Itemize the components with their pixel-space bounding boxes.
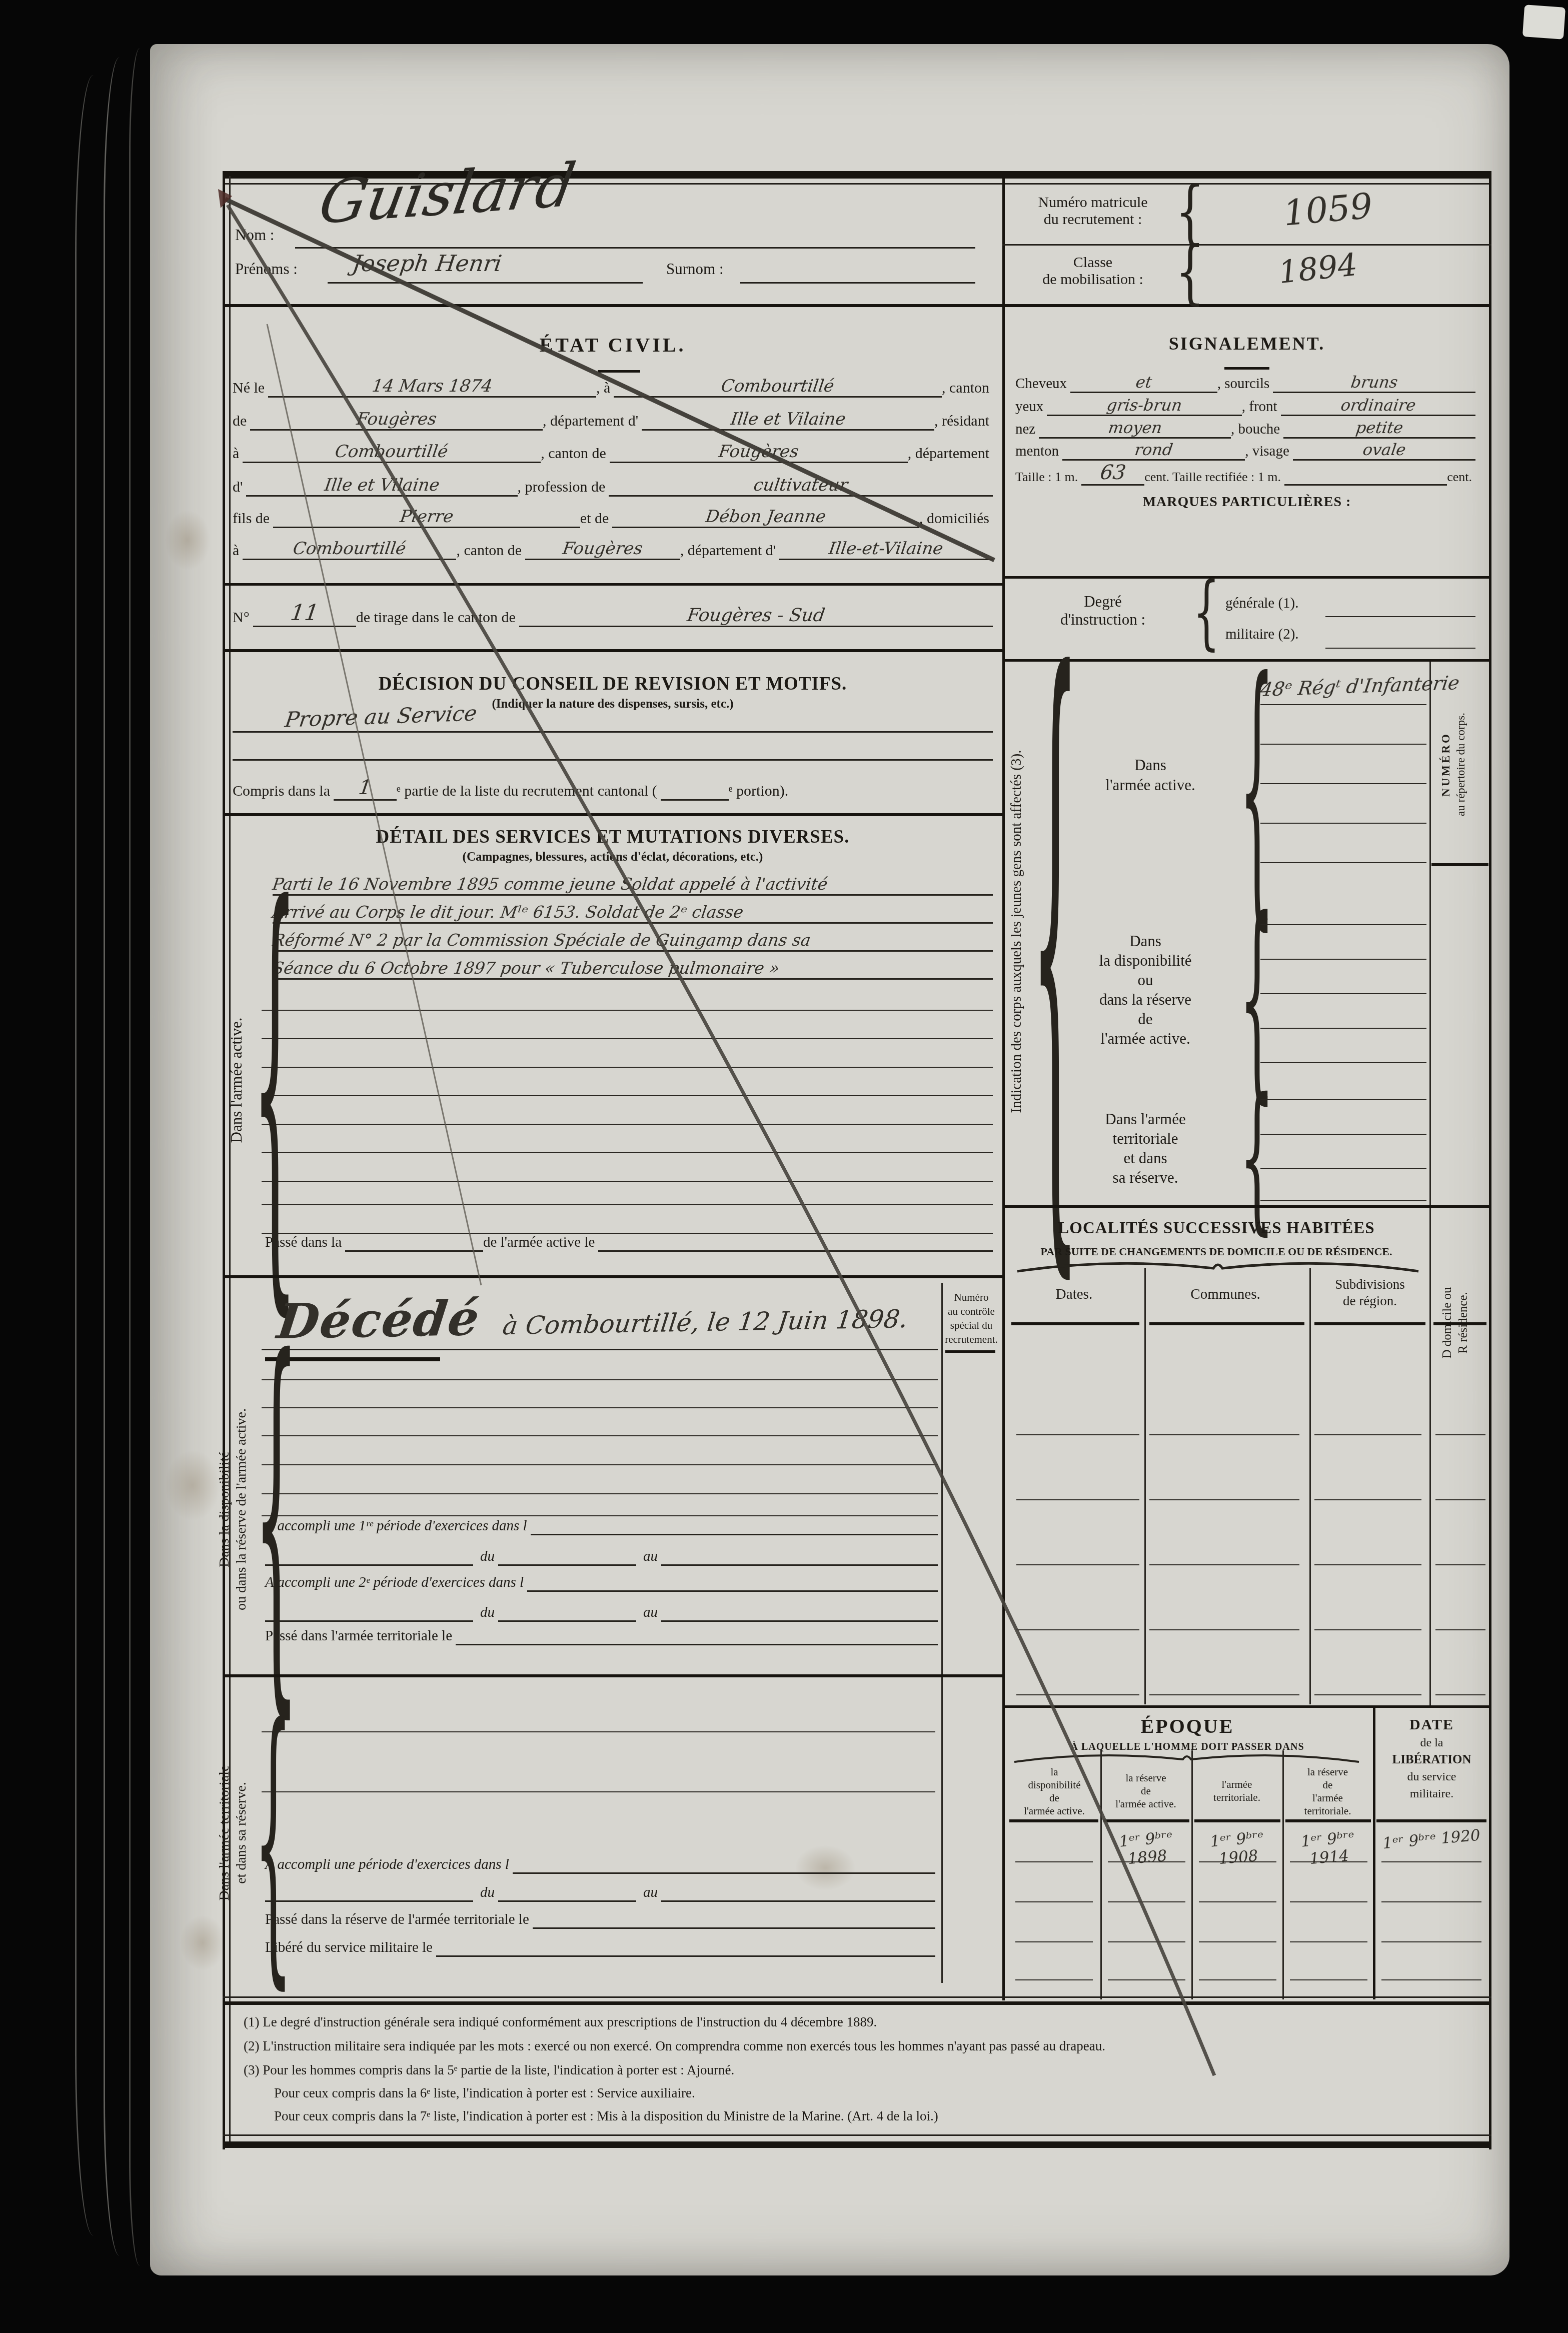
cancellation-strokes: [0, 0, 1568, 2333]
cancellation-stroke-long: [228, 205, 1214, 2075]
corner-arrow-mark: [218, 189, 232, 208]
pencil-stroke-thin: [267, 324, 481, 1285]
cancellation-stroke-name: [225, 199, 994, 560]
scanned-register-page: Nom : Guislard Prénoms : Joseph Henri Su…: [0, 0, 1568, 2333]
